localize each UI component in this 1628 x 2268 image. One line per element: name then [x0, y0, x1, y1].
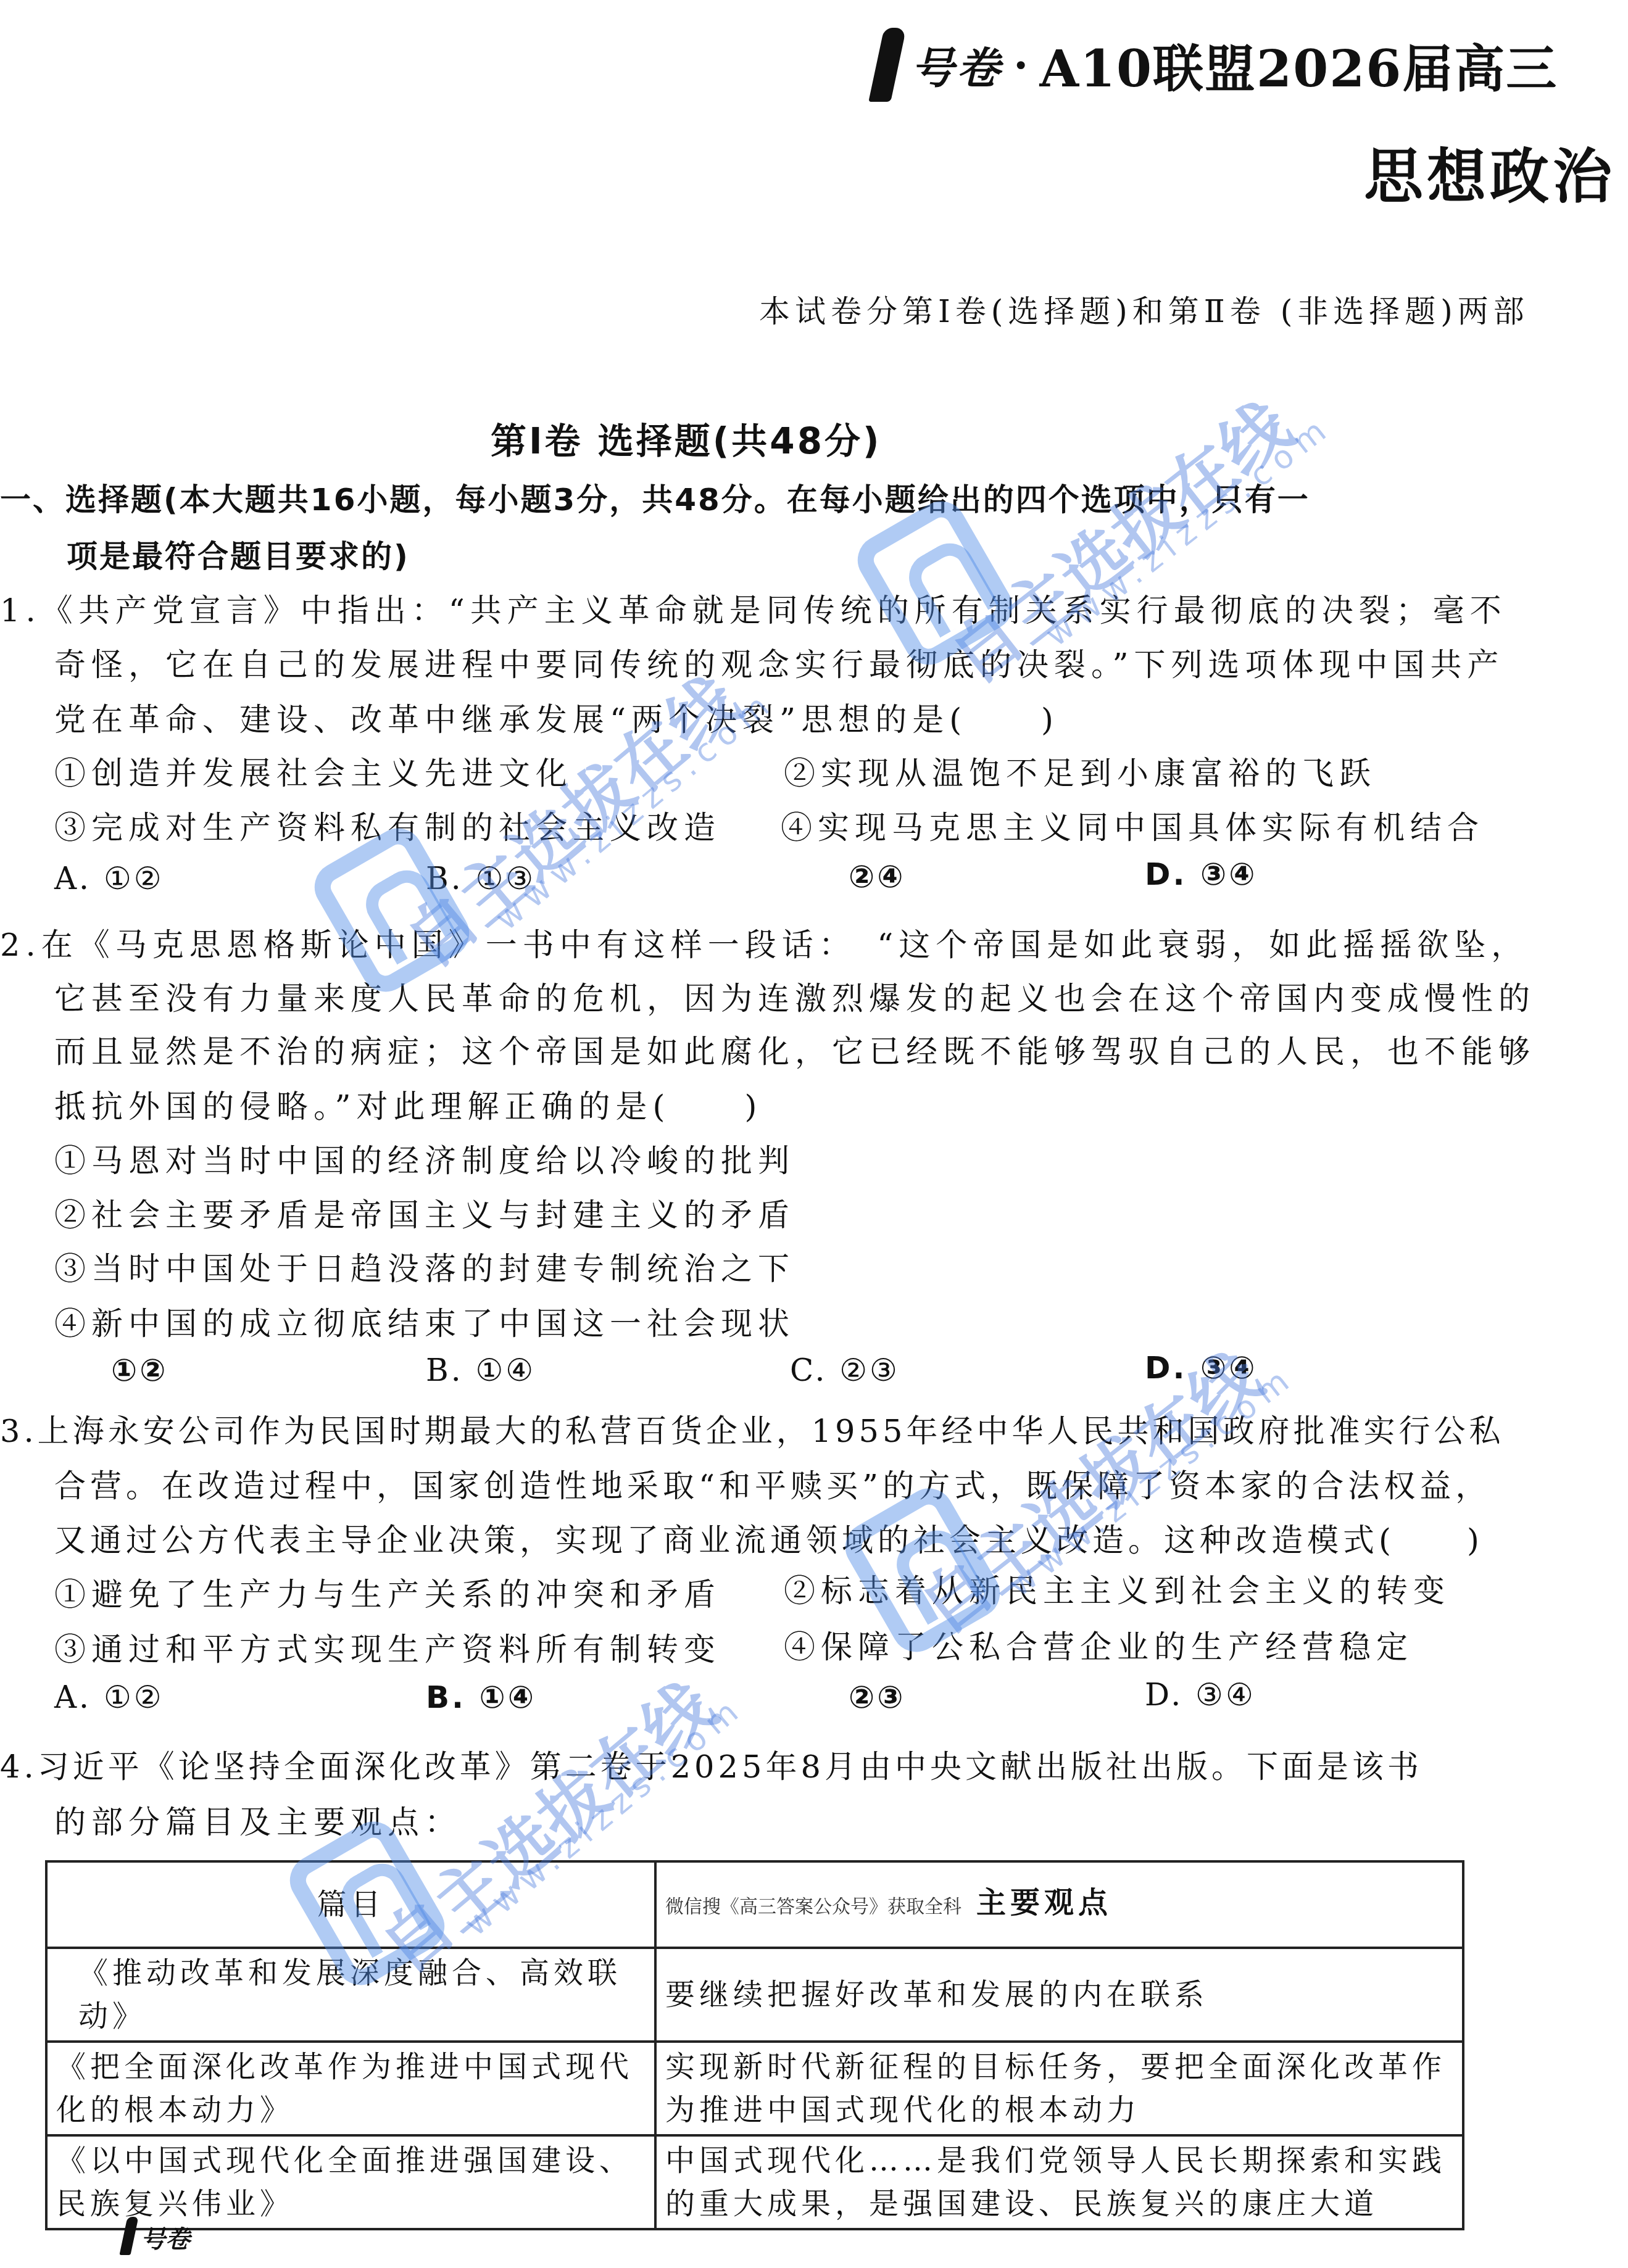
choice-d[interactable]: D. ③④ — [1145, 1350, 1258, 1386]
statement-item: ②社会主要矛盾是帝国主义与封建主义的矛盾 — [54, 1190, 795, 1235]
choice-b[interactable]: B. ①④ — [426, 1352, 536, 1388]
statement-item: ③当时中国处于日趋没落的封建专制统治之下 — [54, 1243, 795, 1289]
statement-item: ④新中国的成立彻底结束了中国这一社会现状 — [54, 1298, 795, 1344]
table-cell-viewpoint: 中国式现代化……是我们党领导人民长期探索和实践的重大成果，是强国建设、民族复兴的… — [655, 2135, 1463, 2229]
choice-a[interactable]: A. ①② — [54, 861, 164, 896]
brand-mark: 号卷 — [911, 34, 1002, 96]
statement-item: ③完成对生产资料私有制的社会主义改造 — [54, 802, 721, 848]
question-stem-line: 抵抗外国的侵略。”对此理解正确的是( ) — [54, 1081, 762, 1127]
question-stem-line: 它甚至没有力量来度人民革命的危机，因为连激烈爆发的起义也会在这个帝国内变成慢性的 — [54, 973, 1535, 1019]
choice-b[interactable]: B. ①④ — [426, 1679, 536, 1715]
question-stem-line: 党在革命、建设、改革中继承发展“两个决裂”思想的是( ) — [54, 694, 1059, 740]
statement-item: ①避免了生产力与生产关系的冲突和矛盾 — [54, 1569, 721, 1615]
table-row: 《推动改革和发展深度融合、高效联动》 要继续把握好改革和发展的内在联系 — [46, 1948, 1463, 2042]
volume-title: 第Ⅰ卷 选择题(共48分) — [491, 412, 882, 464]
table-cell-chapter: 《推动改革和发展深度融合、高效联动》 — [46, 1948, 655, 2042]
footer-brand: 号卷 — [123, 2212, 190, 2255]
table-cell-chapter: 《把全面深化改革作为推进中国式现代化的根本动力》 — [46, 2042, 655, 2135]
exam-intro: 本试卷分第Ⅰ卷(选择题)和第Ⅱ卷 (非选择题)两部 — [759, 287, 1529, 331]
question-stem-line: 又通过公方代表主导企业决策，实现了商业流通领域的社会主义改造。这种改造模式( ) — [54, 1515, 1484, 1560]
question-stem-line: 奇怪，它在自己的发展进程中要同传统的观念实行最彻底的决裂。”下列选项体现中国共产 — [54, 639, 1505, 685]
choice-a[interactable]: A. ①② — [54, 1679, 164, 1715]
choice-d[interactable]: D. ③④ — [1145, 856, 1258, 892]
choice-c[interactable]: C. ②③ — [790, 1352, 900, 1388]
statement-item: ③通过和平方式实现生产资料所有制转变 — [54, 1624, 721, 1670]
watermark-note: 微信搜《高三答案公众号》获取全科 — [665, 1896, 961, 1918]
statement-item: ①创造并发展社会主义先进文化 — [54, 748, 573, 793]
table-row: 《把全面深化改革作为推进中国式现代化的根本动力》 实现新时代新征程的目标任务，要… — [46, 2042, 1463, 2135]
question-stem-line: 3.上海永安公司作为民国时期最大的私营百货企业，1955年经中华人民共和国政府批… — [0, 1405, 1504, 1451]
table-header-cell: 微信搜《高三答案公众号》获取全科主要观点 — [655, 1861, 1463, 1948]
question-stem-line: 而且显然是不治的病症；这个帝国是如此腐化，它已经既不能够驾驭自己的人民，也不能够 — [54, 1026, 1535, 1072]
question-stem-line: 4.习近平《论坚持全面深化改革》第二卷于2025年8月由中央文献出版社出版。下面… — [0, 1741, 1422, 1787]
statement-item: ④保障了公私合营企业的生产经营稳定 — [784, 1621, 1413, 1667]
statement-item: ④实现马克思主义同中国具体实际有机结合 — [781, 802, 1484, 848]
choice-d[interactable]: D. ③④ — [1145, 1677, 1256, 1713]
exam-header-brand: 号卷 · A10联盟2026届高三 — [876, 25, 1558, 105]
section-instructions-line-1: 一、选择题(本大题共16小题，每小题3分，共48分。在每小题给出的四个选项中，只… — [0, 475, 1310, 519]
table-cell-viewpoint: 实现新时代新征程的目标任务，要把全面深化改革作为推进中国式现代化的根本动力 — [655, 2042, 1463, 2135]
statement-item: ①马恩对当时中国的经济制度给以冷峻的批判 — [54, 1135, 795, 1181]
choice-b[interactable]: B. ①③ — [426, 861, 536, 896]
statement-item: ②标志着从新民主主义到社会主义的转变 — [784, 1565, 1450, 1611]
subject-title: 思想政治 — [1364, 130, 1616, 214]
statement-item: ②实现从温饱不足到小康富裕的飞跃 — [784, 748, 1376, 793]
exam-title: A10联盟2026届高三 — [1039, 29, 1558, 101]
question-stem-line: 的部分篇目及主要观点： — [54, 1797, 462, 1842]
section-instructions-line-2: 项是最符合题目要求的) — [67, 532, 410, 576]
brand-logo-icon — [868, 28, 907, 102]
question-stem-line: 1.《共产党宣言》中指出：“共产主义革命就是同传统的所有制关系实行最彻底的决裂；… — [0, 585, 1507, 631]
chapters-table: 篇目 微信搜《高三答案公众号》获取全科主要观点 《推动改革和发展深度融合、高效联… — [45, 1860, 1464, 2230]
question-stem-line: 2.在《马克思恩格斯论中国》一书中有这样一段话： “这个帝国是如此衰弱，如此摇摇… — [0, 919, 1528, 965]
brand-separator: · — [1013, 39, 1028, 91]
choice-a[interactable]: ①② — [111, 1352, 168, 1388]
table-header-label: 主要观点 — [976, 1885, 1112, 1920]
table-header-cell: 篇目 — [46, 1861, 655, 1948]
table-row: 《以中国式现代化全面推进强国建设、民族复兴伟业》 中国式现代化……是我们党领导人… — [46, 2135, 1463, 2229]
question-stem-line: 合营。在改造过程中，国家创造性地采取“和平赎买”的方式，既保障了资本家的合法权益… — [54, 1460, 1491, 1506]
choice-c[interactable]: ②③ — [849, 1679, 906, 1715]
footer-brand-mark: 号卷 — [141, 2220, 190, 2255]
choice-c[interactable]: ②④ — [849, 859, 906, 895]
table-header-row: 篇目 微信搜《高三答案公众号》获取全科主要观点 — [46, 1861, 1463, 1948]
table-cell-viewpoint: 要继续把握好改革和发展的内在联系 — [655, 1948, 1463, 2042]
